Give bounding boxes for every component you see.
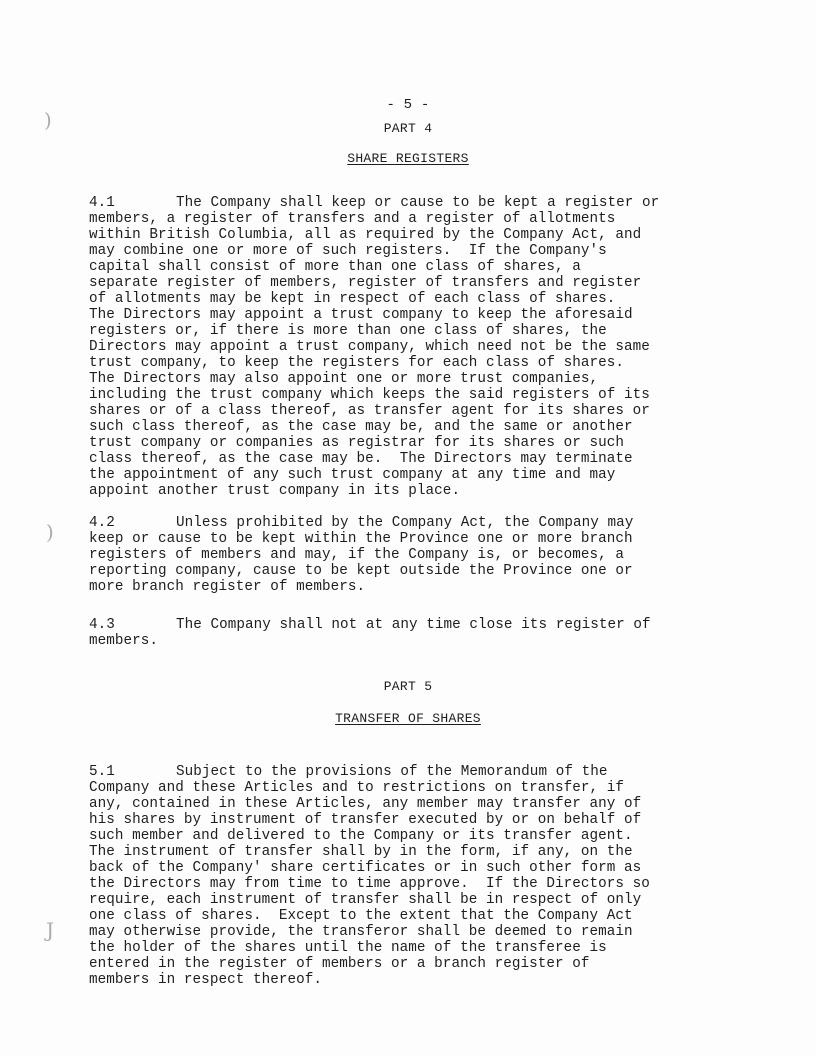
clause-line: members, a register of transfers and a r…: [89, 211, 749, 227]
clause-line: The Directors may also appoint one or mo…: [89, 371, 749, 387]
clause-line: such class thereof, as the case may be, …: [89, 419, 749, 435]
clause-4-2: 4.2Unless prohibited by the Company Act,…: [89, 515, 749, 595]
clause-line: any, contained in these Articles, any me…: [89, 796, 749, 812]
part-4-label: PART 4: [0, 121, 816, 137]
margin-mark: J: [46, 920, 52, 940]
clause-line: appoint another trust company in its pla…: [89, 483, 749, 499]
clause-line: keep or cause to be kept within the Prov…: [89, 531, 749, 547]
clause-4-3: 4.3The Company shall not at any time clo…: [89, 617, 749, 649]
clause-line: one class of shares. Except to the exten…: [89, 908, 749, 924]
clause-line: members in respect thereof.: [89, 972, 749, 988]
clause-line: capital shall consist of more than one c…: [89, 259, 749, 275]
clause-line: separate register of members, register o…: [89, 275, 749, 291]
clause-line: the appointment of any such trust compan…: [89, 467, 749, 483]
clause-line: The Directors may appoint a trust compan…: [89, 307, 749, 323]
clause-line: registers of members and may, if the Com…: [89, 547, 749, 563]
clause-line: members.: [89, 633, 749, 649]
clause-number: 5.1: [89, 764, 176, 780]
clause-line: within British Columbia, all as required…: [89, 227, 749, 243]
clause-number: 4.2: [89, 515, 176, 531]
clause-line: 5.1Subject to the provisions of the Memo…: [89, 764, 749, 780]
clause-line: may combine one or more of such register…: [89, 243, 749, 259]
clause-line: entered in the register of members or a …: [89, 956, 749, 972]
clause-line: require, each instrument of transfer sha…: [89, 892, 749, 908]
clause-line: class thereof, as the case may be. The D…: [89, 451, 749, 467]
part-4-title: SHARE REGISTERS: [0, 151, 816, 167]
clause-line: the holder of the shares until the name …: [89, 940, 749, 956]
clause-line: Directors may appoint a trust company, w…: [89, 339, 749, 355]
clause-line: reporting company, cause to be kept outs…: [89, 563, 749, 579]
page-number: - 5 -: [0, 97, 816, 113]
margin-mark: ): [46, 522, 52, 542]
clause-line: trust company, to keep the registers for…: [89, 355, 749, 371]
clause-5-1: 5.1Subject to the provisions of the Memo…: [89, 764, 749, 988]
clause-line: may otherwise provide, the transferor sh…: [89, 924, 749, 940]
clause-line: his shares by instrument of transfer exe…: [89, 812, 749, 828]
clause-number: 4.3: [89, 617, 176, 633]
clause-line: more branch register of members.: [89, 579, 749, 595]
part-5-title: TRANSFER OF SHARES: [0, 711, 816, 727]
clause-line: The instrument of transfer shall by in t…: [89, 844, 749, 860]
clause-line: 4.1The Company shall keep or cause to be…: [89, 195, 749, 211]
clause-line: 4.2Unless prohibited by the Company Act,…: [89, 515, 749, 531]
clause-line: 4.3The Company shall not at any time clo…: [89, 617, 749, 633]
clause-line: registers or, if there is more than one …: [89, 323, 749, 339]
clause-number: 4.1: [89, 195, 176, 211]
part-5-label: PART 5: [0, 679, 816, 695]
clause-line: Company and these Articles and to restri…: [89, 780, 749, 796]
clause-line: shares or of a class thereof, as transfe…: [89, 403, 749, 419]
clause-line: back of the Company' share certificates …: [89, 860, 749, 876]
clause-4-1: 4.1The Company shall keep or cause to be…: [89, 195, 749, 499]
clause-line: the Directors may from time to time appr…: [89, 876, 749, 892]
clause-line: trust company or companies as registrar …: [89, 435, 749, 451]
clause-line: including the trust company which keeps …: [89, 387, 749, 403]
document-page: ) ) J - 5 - PART 4 SHARE REGISTERS 4.1Th…: [0, 0, 816, 1056]
clause-line: of allotments may be kept in respect of …: [89, 291, 749, 307]
clause-line: such member and delivered to the Company…: [89, 828, 749, 844]
